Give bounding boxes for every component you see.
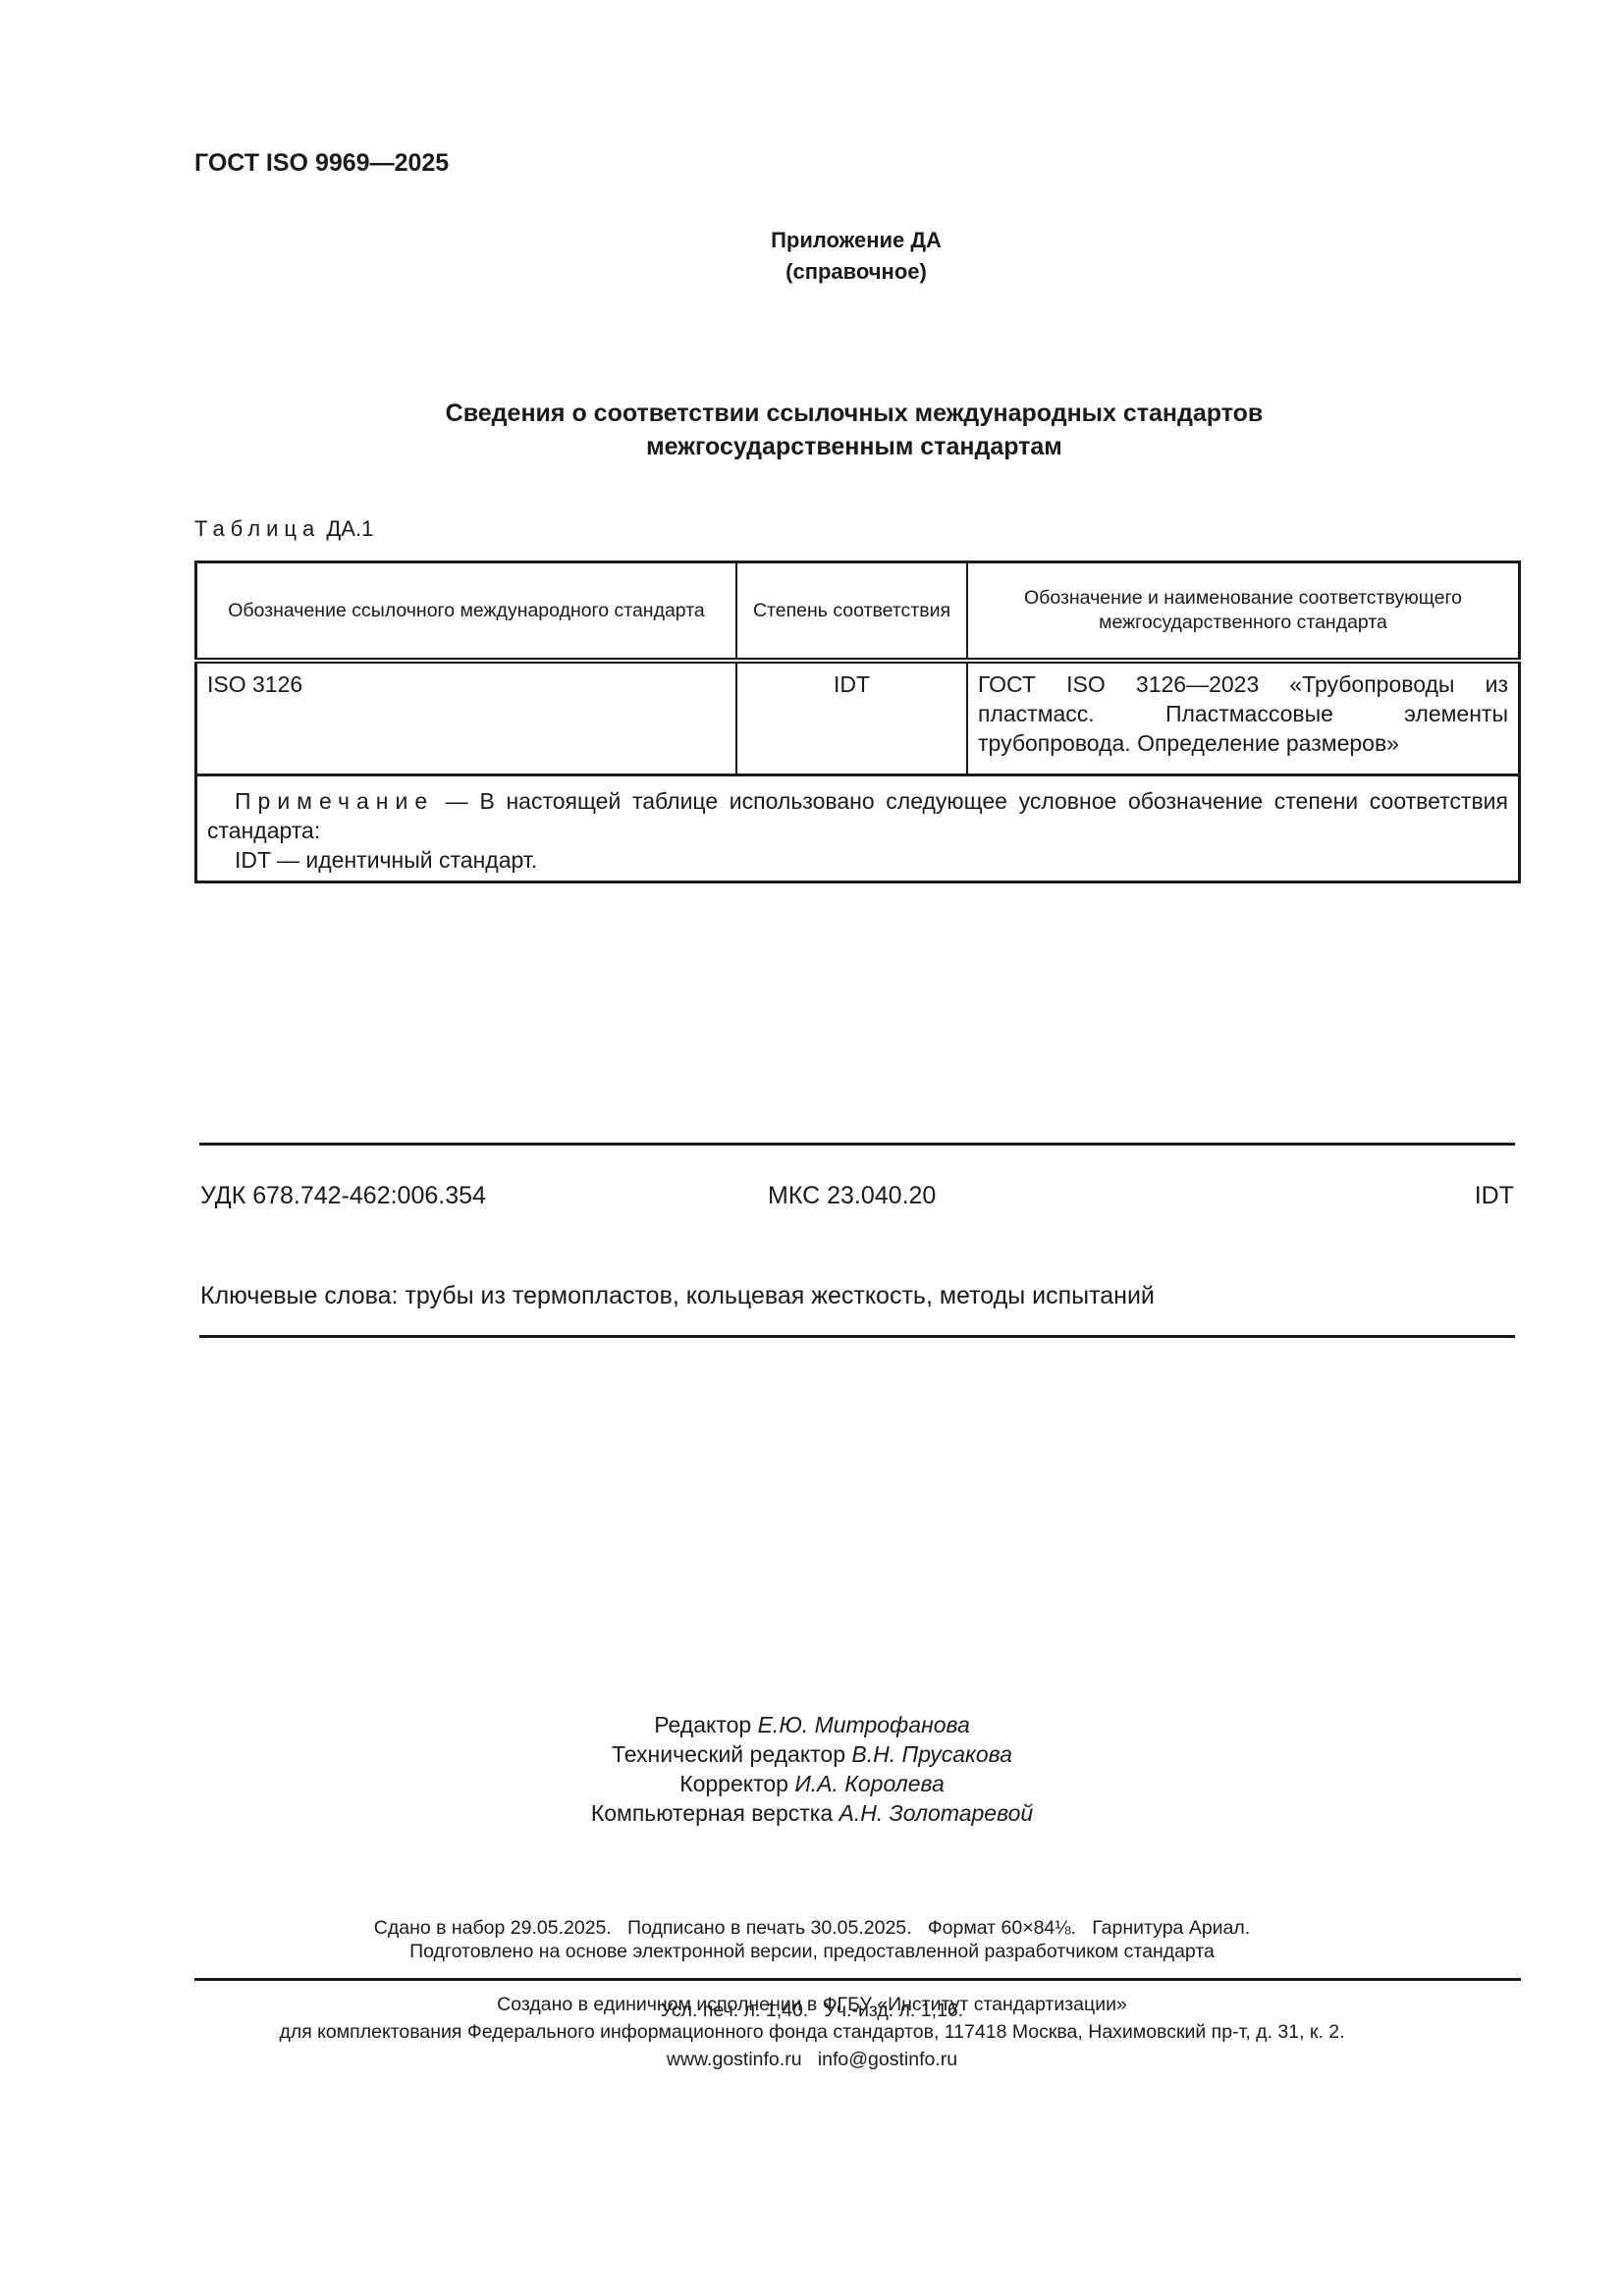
- section-title-line2: межгосударственным стандартам: [295, 430, 1414, 463]
- table-row: ISO 3126 IDT ГОСТ ISO 3126—2023 «Трубопр…: [196, 661, 1520, 775]
- column-header-intl-standard: Обозначение ссылочного международного ст…: [196, 562, 737, 662]
- publisher-divider: [194, 1978, 1521, 1981]
- credit-name: В.Н. Прусакова: [851, 1741, 1012, 1767]
- document-header: ГОСТ ISO 9969—2025: [194, 149, 449, 178]
- table-note-row: Примечание — В настоящей таблице использ…: [196, 775, 1520, 882]
- cell-degree: IDT: [736, 661, 967, 775]
- note-legend: IDT — идентичный стандарт.: [207, 845, 1508, 875]
- credit-corrector: Корректор И.А. Королева: [0, 1769, 1624, 1798]
- credit-role: Технический редактор: [612, 1741, 845, 1767]
- credit-tech-editor: Технический редактор В.Н. Прусакова: [0, 1739, 1624, 1769]
- degree-code: IDT: [1475, 1182, 1514, 1210]
- credit-name: Е.Ю. Митрофанова: [758, 1712, 970, 1737]
- website-link[interactable]: www.gostinfo.ru: [667, 2049, 802, 2070]
- column-header-national-standard: Обозначение и наименование соответствующ…: [967, 562, 1520, 662]
- credit-role: Компьютерная верстка: [591, 1800, 833, 1826]
- section-title: Сведения о соответствии ссылочных междун…: [295, 397, 1414, 463]
- credits: Редактор Е.Ю. Митрофанова Технический ре…: [0, 1710, 1624, 1828]
- prepared-note: Подготовлено на основе электронной верси…: [0, 1938, 1624, 1965]
- section-title-line1: Сведения о соответствии ссылочных междун…: [295, 397, 1414, 430]
- publisher-info: Создано в единичном исполнении в ФГБУ «И…: [0, 1991, 1624, 2073]
- correspondence-table: Обозначение ссылочного международного ст…: [194, 561, 1521, 883]
- credit-name: А.Н. Золотаревой: [839, 1800, 1034, 1826]
- udk-code: УДК 678.742-462:006.354: [200, 1182, 486, 1210]
- keywords: Ключевые слова: трубы из термопластов, к…: [200, 1282, 1155, 1310]
- credit-editor: Редактор Е.Ю. Митрофанова: [0, 1710, 1624, 1739]
- table-caption: Таблица ДА.1: [194, 516, 373, 542]
- note-label: Примечание: [235, 788, 434, 814]
- publisher-line2: для комплектования Федерального информац…: [0, 2018, 1624, 2046]
- table-note: Примечание — В настоящей таблице использ…: [196, 775, 1520, 882]
- mks-code: МКС 23.040.20: [768, 1182, 936, 1210]
- divider-top: [199, 1143, 1515, 1146]
- divider-bottom: [199, 1335, 1515, 1338]
- publisher-contacts: www.gostinfo.ru info@gostinfo.ru: [0, 2046, 1624, 2073]
- appendix-type: (справочное): [758, 259, 954, 285]
- credit-name: И.А. Королева: [794, 1771, 944, 1796]
- table-caption-prefix: Таблица: [194, 516, 320, 541]
- cell-intl-standard: ISO 3126: [196, 661, 737, 775]
- email-link[interactable]: info@gostinfo.ru: [818, 2049, 957, 2070]
- publisher-line1: Создано в единичном исполнении в ФГБУ «И…: [0, 1991, 1624, 2018]
- credit-layout: Компьютерная верстка А.Н. Золотаревой: [0, 1798, 1624, 1828]
- credit-role: Редактор: [654, 1712, 751, 1737]
- column-header-degree: Степень соответствия: [736, 562, 967, 662]
- cell-national-standard: ГОСТ ISO 3126—2023 «Трубопроводы из плас…: [967, 661, 1520, 775]
- table-caption-id: ДА.1: [326, 516, 373, 541]
- appendix-title: Приложение ДА: [758, 228, 954, 253]
- credit-role: Корректор: [679, 1771, 788, 1796]
- table-header-row: Обозначение ссылочного международного ст…: [196, 562, 1520, 662]
